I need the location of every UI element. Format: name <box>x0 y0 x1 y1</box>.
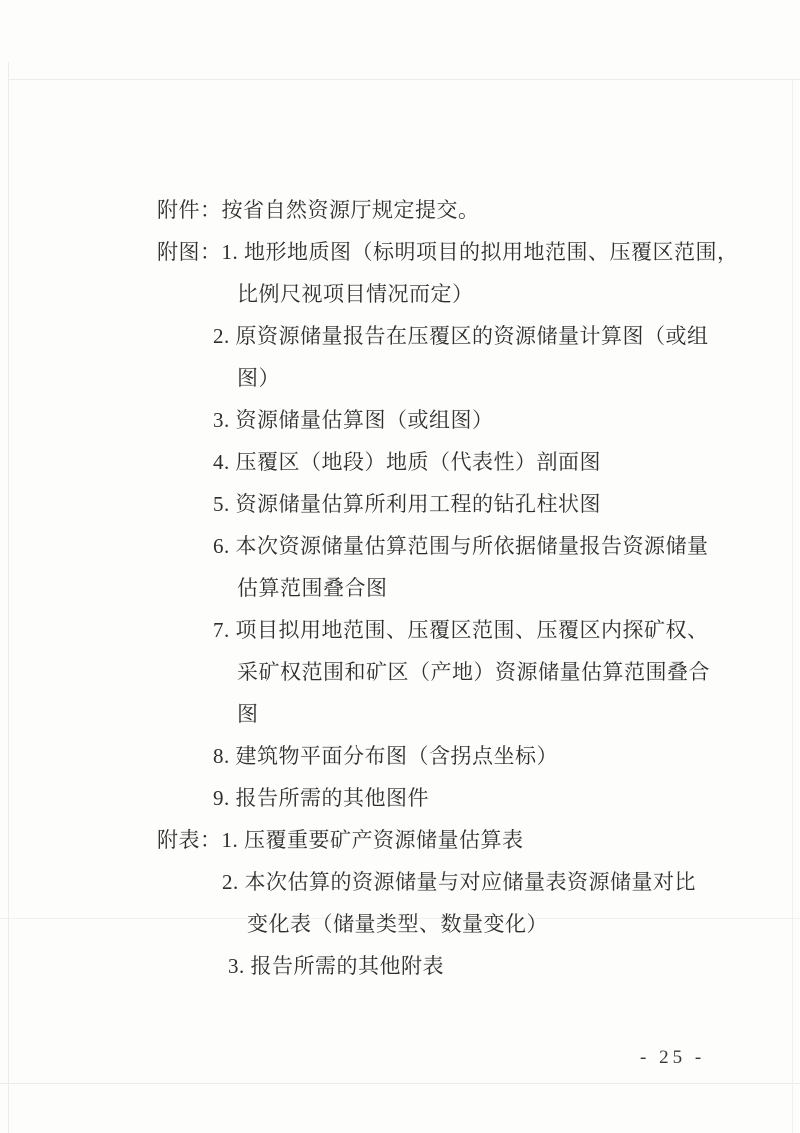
text-line: 2. 本次估算的资源储量与对应储量表资源储量对比 <box>157 861 777 903</box>
text-line: 3. 报告所需的其他附表 <box>157 945 777 987</box>
text-line: 附件：按省自然资源厅规定提交。 <box>157 189 777 231</box>
text-line: 3. 资源储量估算图（或组图） <box>157 399 777 441</box>
text-line: 7. 项目拟用地范围、压覆区范围、压覆区内探矿权、 <box>157 609 777 651</box>
text-line: 采矿权范围和矿区（产地）资源储量估算范围叠合 <box>157 651 777 693</box>
page-number: - 25 - <box>640 1047 705 1069</box>
text-line: 4. 压覆区（地段）地质（代表性）剖面图 <box>157 441 777 483</box>
text-line: 附图：1. 地形地质图（标明项目的拟用地范围、压覆区范围， <box>157 231 777 273</box>
text-line: 6. 本次资源储量估算范围与所依据储量报告资源储量 <box>157 525 777 567</box>
attachment-list: 附件：按省自然资源厅规定提交。附图：1. 地形地质图（标明项目的拟用地范围、压覆… <box>157 189 777 987</box>
text-line: 附表：1. 压覆重要矿产资源储量估算表 <box>157 819 777 861</box>
scan-edge-right-line <box>792 79 793 1133</box>
text-line: 5. 资源储量估算所利用工程的钻孔柱状图 <box>157 483 777 525</box>
text-line: 9. 报告所需的其他图件 <box>157 777 777 819</box>
text-line: 8. 建筑物平面分布图（含拐点坐标） <box>157 735 777 777</box>
text-line: 图） <box>157 357 777 399</box>
document-page: 附件：按省自然资源厅规定提交。附图：1. 地形地质图（标明项目的拟用地范围、压覆… <box>0 0 800 1133</box>
scan-edge-left-line <box>8 62 9 1133</box>
text-line: 图 <box>157 693 777 735</box>
text-line: 变化表（储量类型、数量变化） <box>157 903 777 945</box>
text-line: 估算范围叠合图 <box>157 567 777 609</box>
scan-edge-top-line <box>8 79 800 80</box>
text-line: 2. 原资源储量报告在压覆区的资源储量计算图（或组 <box>157 315 777 357</box>
text-line: 比例尺视项目情况而定） <box>157 273 777 315</box>
scan-edge-bottom-line <box>0 1083 800 1084</box>
